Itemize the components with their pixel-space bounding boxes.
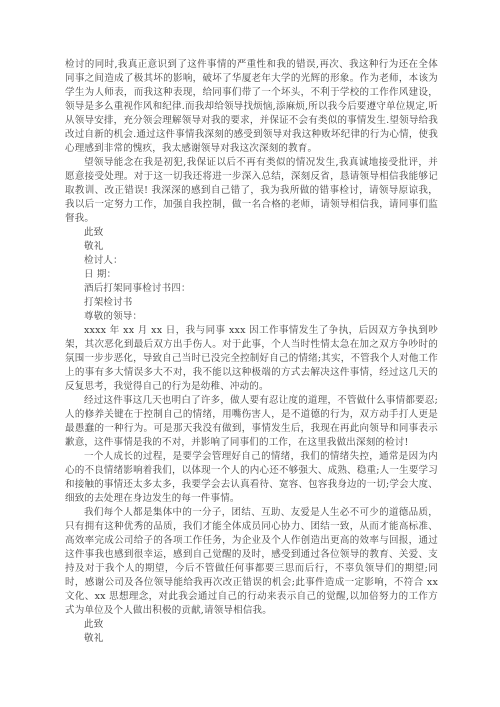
section-heading: 酒后打架同事检讨书四： [65, 282, 438, 296]
paragraph-continuation: 检讨的同时,我真正意识到了这件事情的严重性和我的错误,再次、我这种行为还在全体同… [65, 58, 438, 156]
paragraph-apology: 望领导能念在我是初犯,我保证以后不再有类似的情况发生,我真诚地接受批评，并愿意接… [65, 156, 438, 226]
closing-cizhi-2: 此致 [65, 618, 438, 632]
letter-title: 打架检讨书 [65, 296, 438, 310]
letter-body: 检讨的同时,我真正意识到了这件事情的严重性和我的错误,再次、我这种行为还在全体同… [65, 58, 438, 646]
closing-cizhi: 此致 [65, 226, 438, 240]
closing-jingli-2: 敬礼 [65, 632, 438, 646]
paragraph-reflection: 经过这件事这几天也明白了许多，做人要有忍让度的道理，不管做什么事情都要忍;人的修… [65, 394, 438, 450]
salutation: 尊敬的领导： [65, 310, 438, 324]
document-page: 检讨的同时,我真正意识到了这件事情的严重性和我的错误,再次、我这种行为还在全体同… [0, 0, 500, 707]
paragraph-growth: 一个人成长的过程，是要学会管理好自己的情绪，我们的情绪失控，通常是因为内心的不良… [65, 450, 438, 506]
date-label: 日 期： [65, 268, 438, 282]
paragraph-collective: 我们每个人都是集体中的一分子，团结、互助、友爱是人生必不可少的道德品质，只有拥有… [65, 506, 438, 618]
closing-jingli: 敬礼 [65, 240, 438, 254]
paragraph-incident: xxxx 年 xx 月 xx 日，我与同事 xxx 因工作事情发生了争执，后因双… [65, 324, 438, 394]
signature-label: 检讨人： [65, 254, 438, 268]
